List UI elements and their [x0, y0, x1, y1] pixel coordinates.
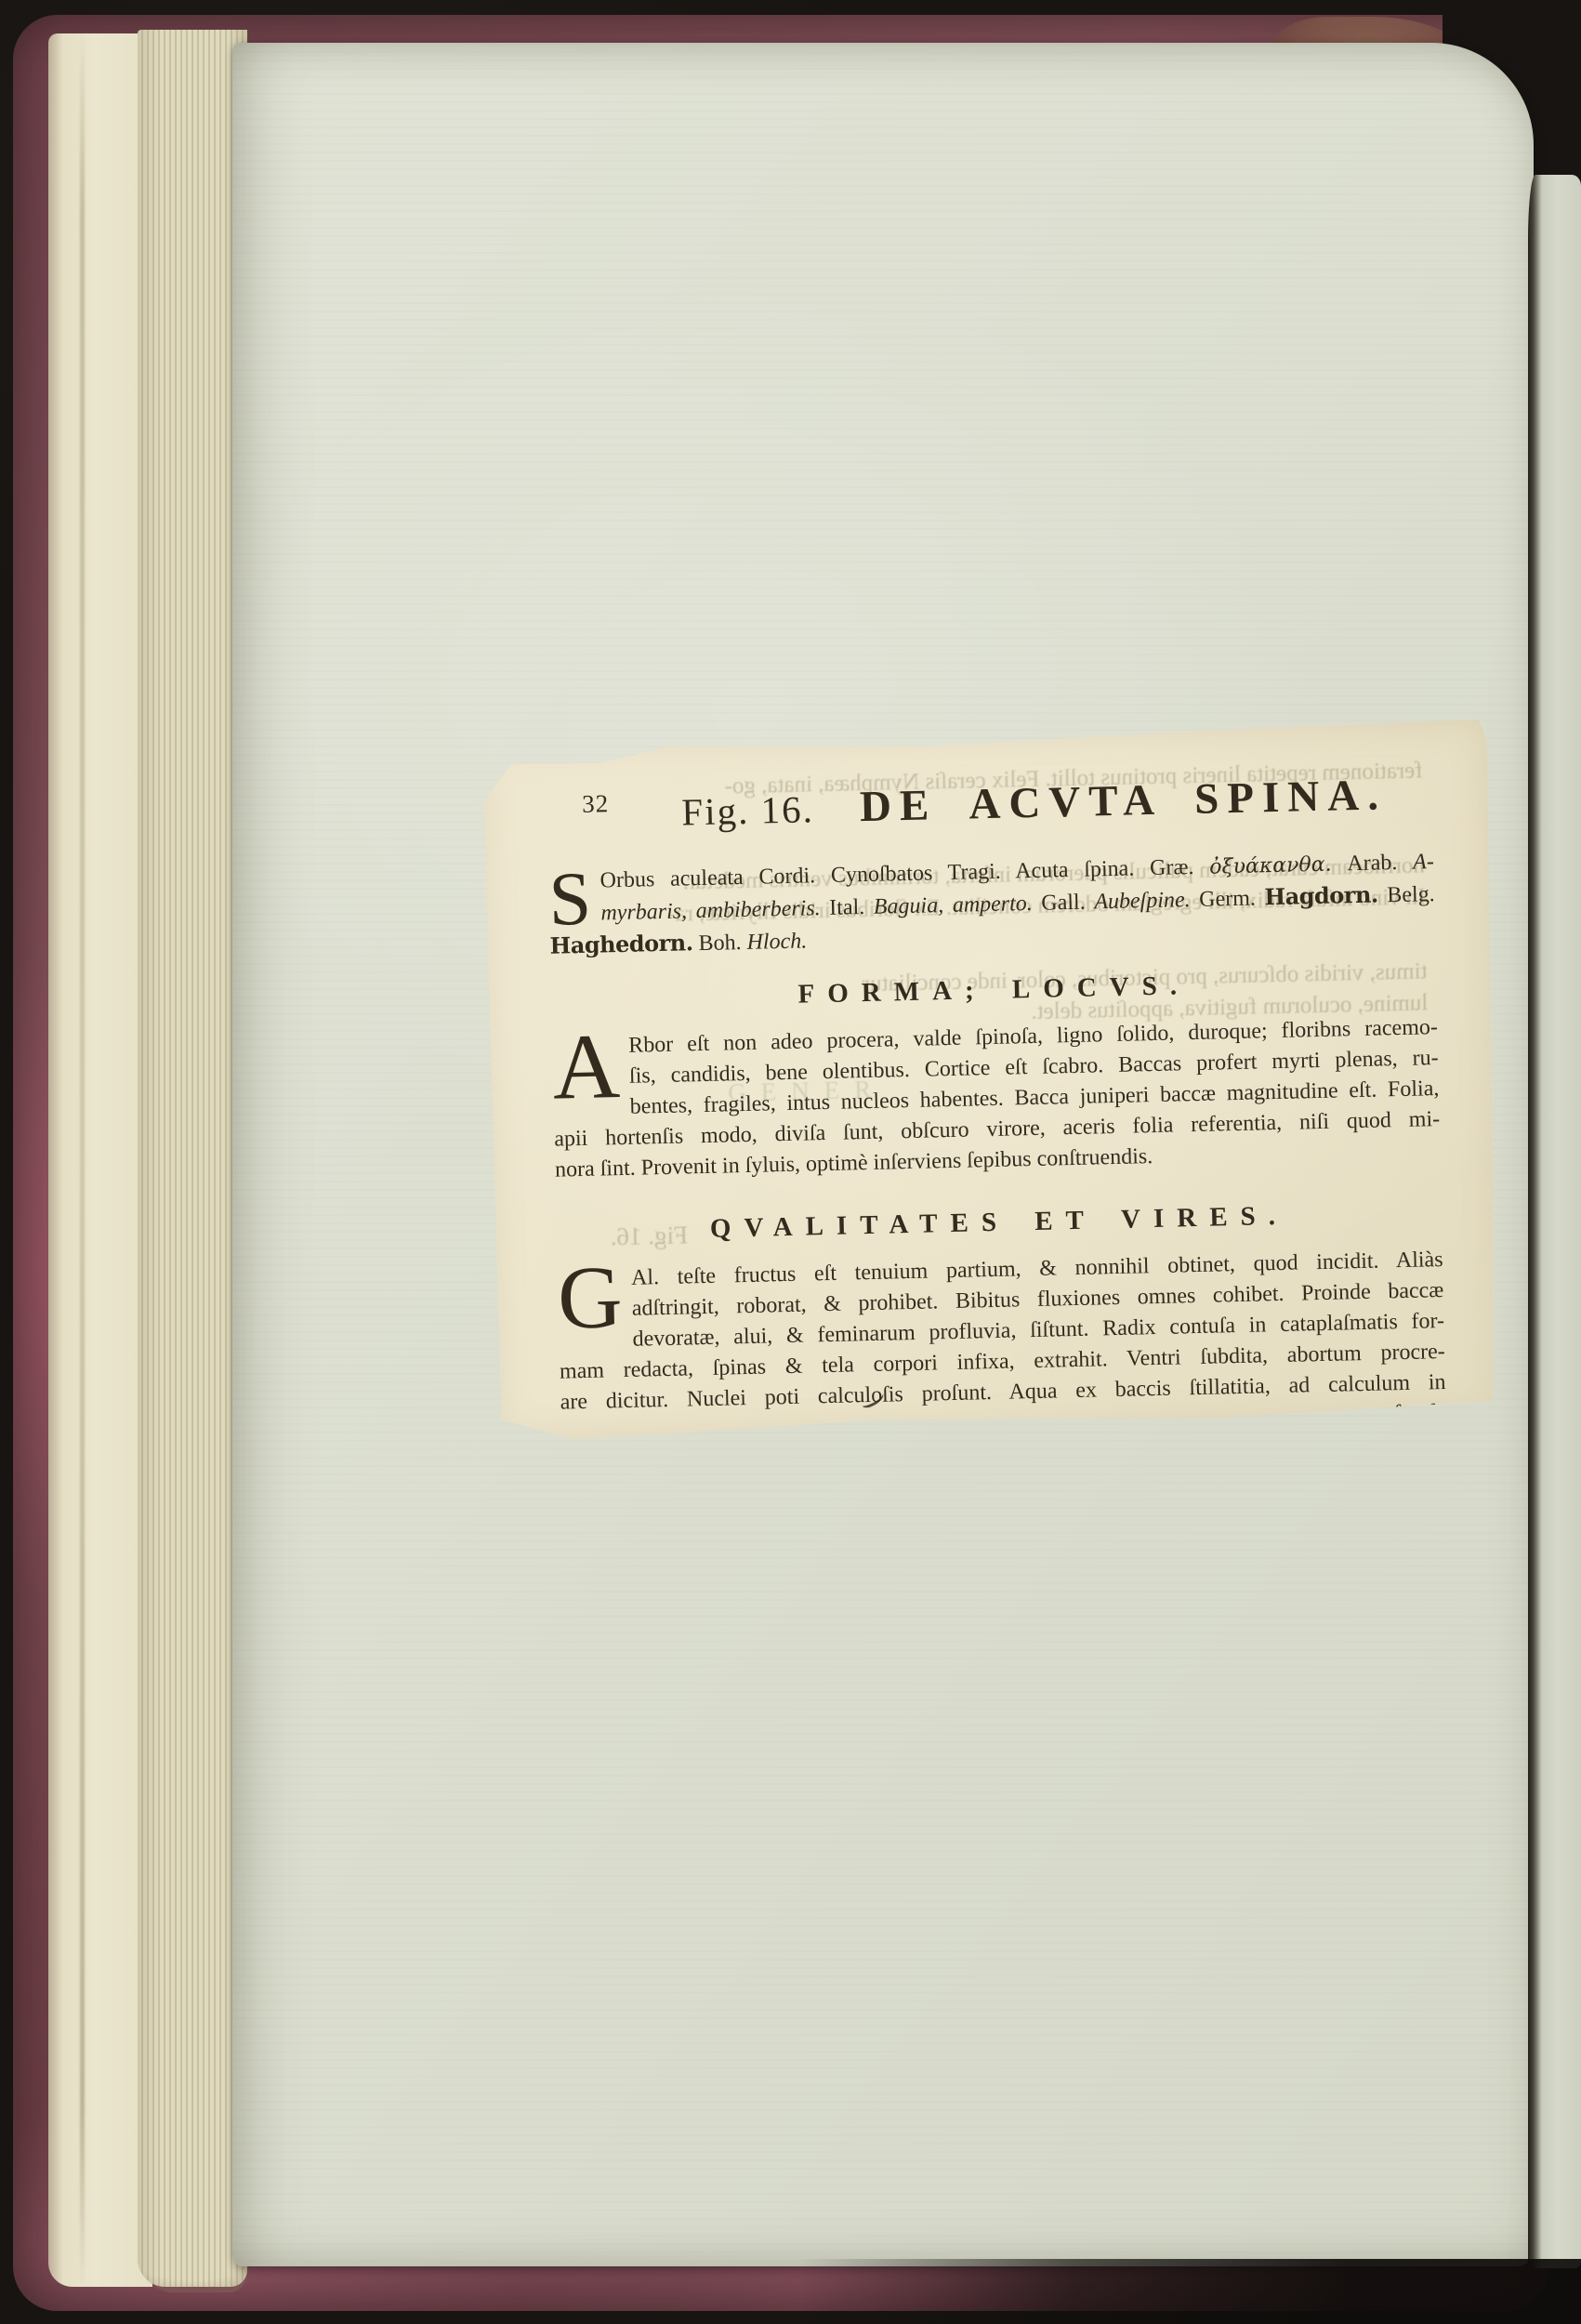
synonyms-paragraph: S Orbus aculeata Cordi. Cynoſbatos Tragi… [548, 847, 1436, 963]
clipping-content: 32 Fig. 16. DE ACVTA SPINA. S Orbus acul… [479, 720, 1503, 1441]
book-photograph: ferationem repetita lineris protinus tol… [0, 0, 1581, 2324]
clipping-header: 32 Fig. 16. DE ACVTA SPINA. [547, 769, 1433, 839]
synonym-segment: myrbaris, ambiberberis. [600, 896, 821, 925]
synonym-segment: Aubeſpine. [1094, 888, 1191, 914]
synonym-segment: Germ. [1199, 886, 1256, 911]
greek-name: ὀξυάκανθα. [1209, 853, 1332, 879]
german-blackletter-name: Hagdorn. [1264, 880, 1378, 910]
section-heading-forma-locus: FORMA; LOCVS. [551, 965, 1438, 1016]
page-edges-stack [138, 30, 247, 2287]
facing-page-edge [1528, 175, 1581, 2268]
synonym-segment: Hloch. [746, 929, 807, 954]
synonym-segment: Belg. [1387, 882, 1435, 907]
dutch-blackletter-name: Haghedorn. [549, 929, 693, 958]
synonym-segment: Baguia, amperto. [874, 891, 1033, 919]
forma-locus-paragraph: A Rbor eſt non adeo procera, valde ſpino… [552, 1012, 1441, 1186]
synonym-segment: Arab. [1347, 851, 1398, 876]
synonym-segment: Ital. [829, 895, 865, 920]
figure-label: Fig. 16. [681, 786, 815, 834]
synonym-segment: A- [1413, 850, 1434, 875]
chapter-title: DE ACVTA SPINA. [813, 769, 1433, 833]
section-heading-qualitates: QVALITATES ET VIRES. [556, 1197, 1443, 1248]
dropcap-a: A [552, 1037, 621, 1098]
qualitates-paragraph: G Al. teſte fructus eſt tenuium partium,… [557, 1245, 1445, 1419]
synonym-segment: Boh. [698, 931, 742, 956]
dropcap-s: S [548, 870, 592, 929]
page-number: 32 [582, 789, 610, 819]
pasted-clipping: ferationem repetita lineris protinus tol… [479, 720, 1503, 1441]
synonym-segment: Gall. [1041, 891, 1086, 916]
dropcap-g: G [557, 1267, 623, 1328]
bottom-shadow [799, 2259, 1581, 2324]
